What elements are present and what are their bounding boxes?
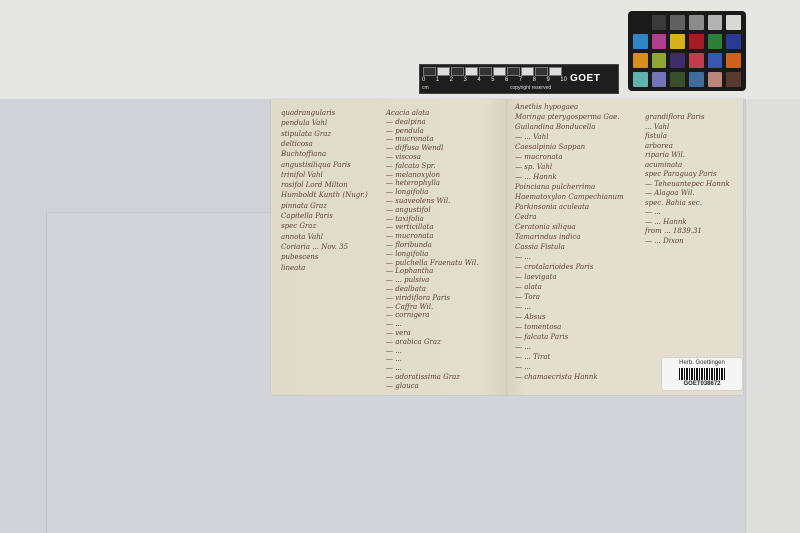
color-swatch [708, 15, 723, 30]
handwritten-entry: — ... pulsiva [386, 276, 429, 284]
handwritten-entry: Buchtoffiana [281, 150, 326, 158]
handwritten-entry: — Absus [515, 313, 545, 321]
handwritten-entry: spec. Bahia sec. [645, 199, 702, 207]
handwritten-entry: — alata [515, 283, 542, 291]
handwritten-entry: Haematoxylon Campechianum [515, 193, 624, 201]
barcode-id: GOET038672 [662, 381, 742, 387]
handwritten-entry: — melanoxylon [386, 171, 440, 179]
handwritten-entry: — mucronata [386, 232, 434, 240]
color-swatch [689, 34, 704, 49]
handwritten-entry: — ... Hannk [515, 173, 557, 181]
handwritten-entry: — chamaecrista Hannk [515, 373, 598, 381]
handwritten-entry: — heterophylla [386, 179, 440, 187]
handwritten-entry: Anethis hypogaea [515, 103, 578, 111]
handwritten-entry: Humboldt Kunth (Nugr.) [281, 191, 368, 199]
handwritten-entry: — falcata Paris [515, 333, 568, 341]
color-swatch [633, 72, 648, 87]
handwritten-entry: — crotalarioides Paris [515, 263, 593, 271]
manuscript-left-page: quadrangularispendula Vahlstipulata Graz… [271, 99, 507, 395]
handwritten-entry: — glauca [386, 382, 419, 390]
handwritten-entry: Moringa pterygosperma Gae. [515, 113, 620, 121]
handwritten-entry: — ... [645, 208, 661, 216]
color-swatch [726, 72, 741, 87]
handwritten-entry: — vera [386, 329, 411, 337]
handwritten-entry: — viridiflora Paris [386, 294, 450, 302]
handwritten-entry: — cornigera [386, 311, 430, 319]
color-swatch [652, 72, 667, 87]
handwritten-entry: — ... Dixon [645, 237, 684, 245]
handwritten-entry: — mucronata [515, 153, 563, 161]
handwritten-entry: lineata [281, 264, 305, 272]
handwritten-entry: — ... [515, 303, 531, 311]
color-swatch [633, 53, 648, 68]
handwritten-entry: — angustifol [386, 206, 431, 214]
color-swatch [652, 15, 667, 30]
ruler-cells [423, 67, 563, 76]
handwritten-entry: — arabica Graz [386, 338, 441, 346]
color-swatch [708, 72, 723, 87]
handwritten-entry: quadrangularis [281, 109, 335, 117]
color-swatch [633, 34, 648, 49]
handwritten-entry: riparia Wil. [645, 151, 685, 159]
handwritten-entry: — ... Vahl [515, 133, 548, 141]
handwritten-entry: trinifol Vahl [281, 171, 323, 179]
color-swatch [670, 72, 685, 87]
handwritten-entry: arborea [645, 142, 673, 150]
background-right-margin [745, 99, 800, 533]
color-swatch [670, 15, 685, 30]
handwritten-entry: delticosa [281, 140, 313, 148]
handwritten-entry: — ... [386, 320, 402, 328]
handwritten-entry: — Alagoa Wil. [645, 189, 695, 197]
color-swatch [670, 53, 685, 68]
color-swatch [652, 53, 667, 68]
handwritten-entry: — dealpina [386, 118, 426, 126]
handwritten-entry: from ... 1839.31 [645, 227, 702, 235]
color-swatch [708, 34, 723, 49]
color-swatch [633, 15, 648, 30]
handwritten-entry: — dealbata [386, 285, 426, 293]
color-swatch [708, 53, 723, 68]
handwritten-entry: — Lophantha [386, 267, 433, 275]
handwritten-entry: stipulata Graz [281, 130, 331, 138]
ruler-copyright: copyright reserved [510, 85, 551, 91]
handwritten-entry: — suaveolens Wil. [386, 197, 450, 205]
handwritten-entry: fistula [645, 132, 667, 140]
handwritten-entry: spec Graz [281, 222, 316, 230]
color-swatch [652, 34, 667, 49]
color-swatch [726, 53, 741, 68]
handwritten-entry: — taxifolia [386, 215, 424, 223]
handwritten-entry: Ceratonia siliqua [515, 223, 576, 231]
handwritten-entry: — ... [515, 343, 531, 351]
barcode-icon [679, 368, 725, 380]
color-swatch [689, 72, 704, 87]
handwritten-entry: — viscosa [386, 153, 421, 161]
handwritten-entry: Capitella Paris [281, 212, 333, 220]
handwritten-entry: rosifol Lord Milton [281, 181, 348, 189]
handwritten-entry: Guilandina Bonducella [515, 123, 595, 131]
handwritten-entry: — pendula [386, 127, 424, 135]
handwritten-entry: — mucronata [386, 135, 434, 143]
handwritten-entry: annota Vahl [281, 233, 323, 241]
handwritten-entry: — Caffra Wil. [386, 303, 433, 311]
handwritten-entry: Coriaria ... Nov. 35 [281, 243, 348, 251]
ruler-unit: cm [422, 85, 429, 91]
manuscript-right-page: Anethis hypogaeaMoringa pterygosperma Ga… [507, 99, 743, 395]
handwritten-entry: Acacia alata [386, 109, 429, 117]
color-swatch [689, 15, 704, 30]
handwritten-entry: angustisiliqua Paris [281, 161, 351, 169]
handwritten-entry: Caesalpinia Sappan [515, 143, 585, 151]
handwritten-entry: pubescens [281, 253, 318, 261]
handwritten-entry: — ... [386, 355, 402, 363]
handwritten-entry: — verticillata [386, 223, 434, 231]
color-swatch [726, 15, 741, 30]
handwritten-entry: — ... [386, 364, 402, 372]
handwritten-entry: pinnata Graz [281, 202, 327, 210]
handwritten-entry: — longifolia [386, 188, 428, 196]
handwritten-entry: ... Vahl [645, 123, 669, 131]
handwritten-entry: pendula Vahl [281, 119, 327, 127]
institution-name: Herb. Goettingen [662, 360, 742, 366]
handwritten-entry: Cedra [515, 213, 537, 221]
handwritten-entry: — diffusa Wendl [386, 144, 443, 152]
handwritten-entry: Parkinsonia aculeata [515, 203, 589, 211]
handwritten-entry: — ... [386, 347, 402, 355]
handwritten-entry: acuminata [645, 161, 682, 169]
handwritten-entry: — ... [515, 253, 531, 261]
handwritten-entry: — pulchella Fraenatu Wil. [386, 259, 478, 267]
ruler-ticks: 012345678910 [422, 77, 567, 83]
handwritten-entry: — Teheuantepec Hannk [645, 180, 730, 188]
goet-logo: GOET [570, 73, 600, 84]
handwritten-entry: — laevigata [515, 273, 557, 281]
handwritten-entry: — odoratissima Graz [386, 373, 460, 381]
color-swatch [689, 53, 704, 68]
handwritten-entry: — longifolia [386, 250, 428, 258]
handwritten-entry: spec Paraguay Paris [645, 170, 717, 178]
handwritten-entry: — floribunda [386, 241, 432, 249]
handwritten-entry: Tamarindus indica [515, 233, 581, 241]
color-swatch [670, 34, 685, 49]
handwritten-entry: — ... Tirat [515, 353, 550, 361]
handwritten-entry: — ... [515, 363, 531, 371]
handwritten-entry: — sp. Vahl [515, 163, 552, 171]
handwritten-entry: grandiflora Paris [645, 113, 705, 121]
handwritten-entry: Cassia Fistula [515, 243, 565, 251]
scale-ruler: 012345678910 cm copyright reserved GOET [419, 64, 619, 94]
handwritten-entry: — falcata Spr. [386, 162, 436, 170]
color-checker-chart [628, 11, 746, 91]
handwritten-entry: Poinciana pulcherrima [515, 183, 595, 191]
herbarium-barcode-label: Herb. Goettingen GOET038672 [662, 358, 742, 390]
color-swatch [726, 34, 741, 49]
handwritten-entry: — Tora [515, 293, 540, 301]
handwritten-entry: — tomentosa [515, 323, 561, 331]
handwritten-entry: — ... Hannk [645, 218, 687, 226]
